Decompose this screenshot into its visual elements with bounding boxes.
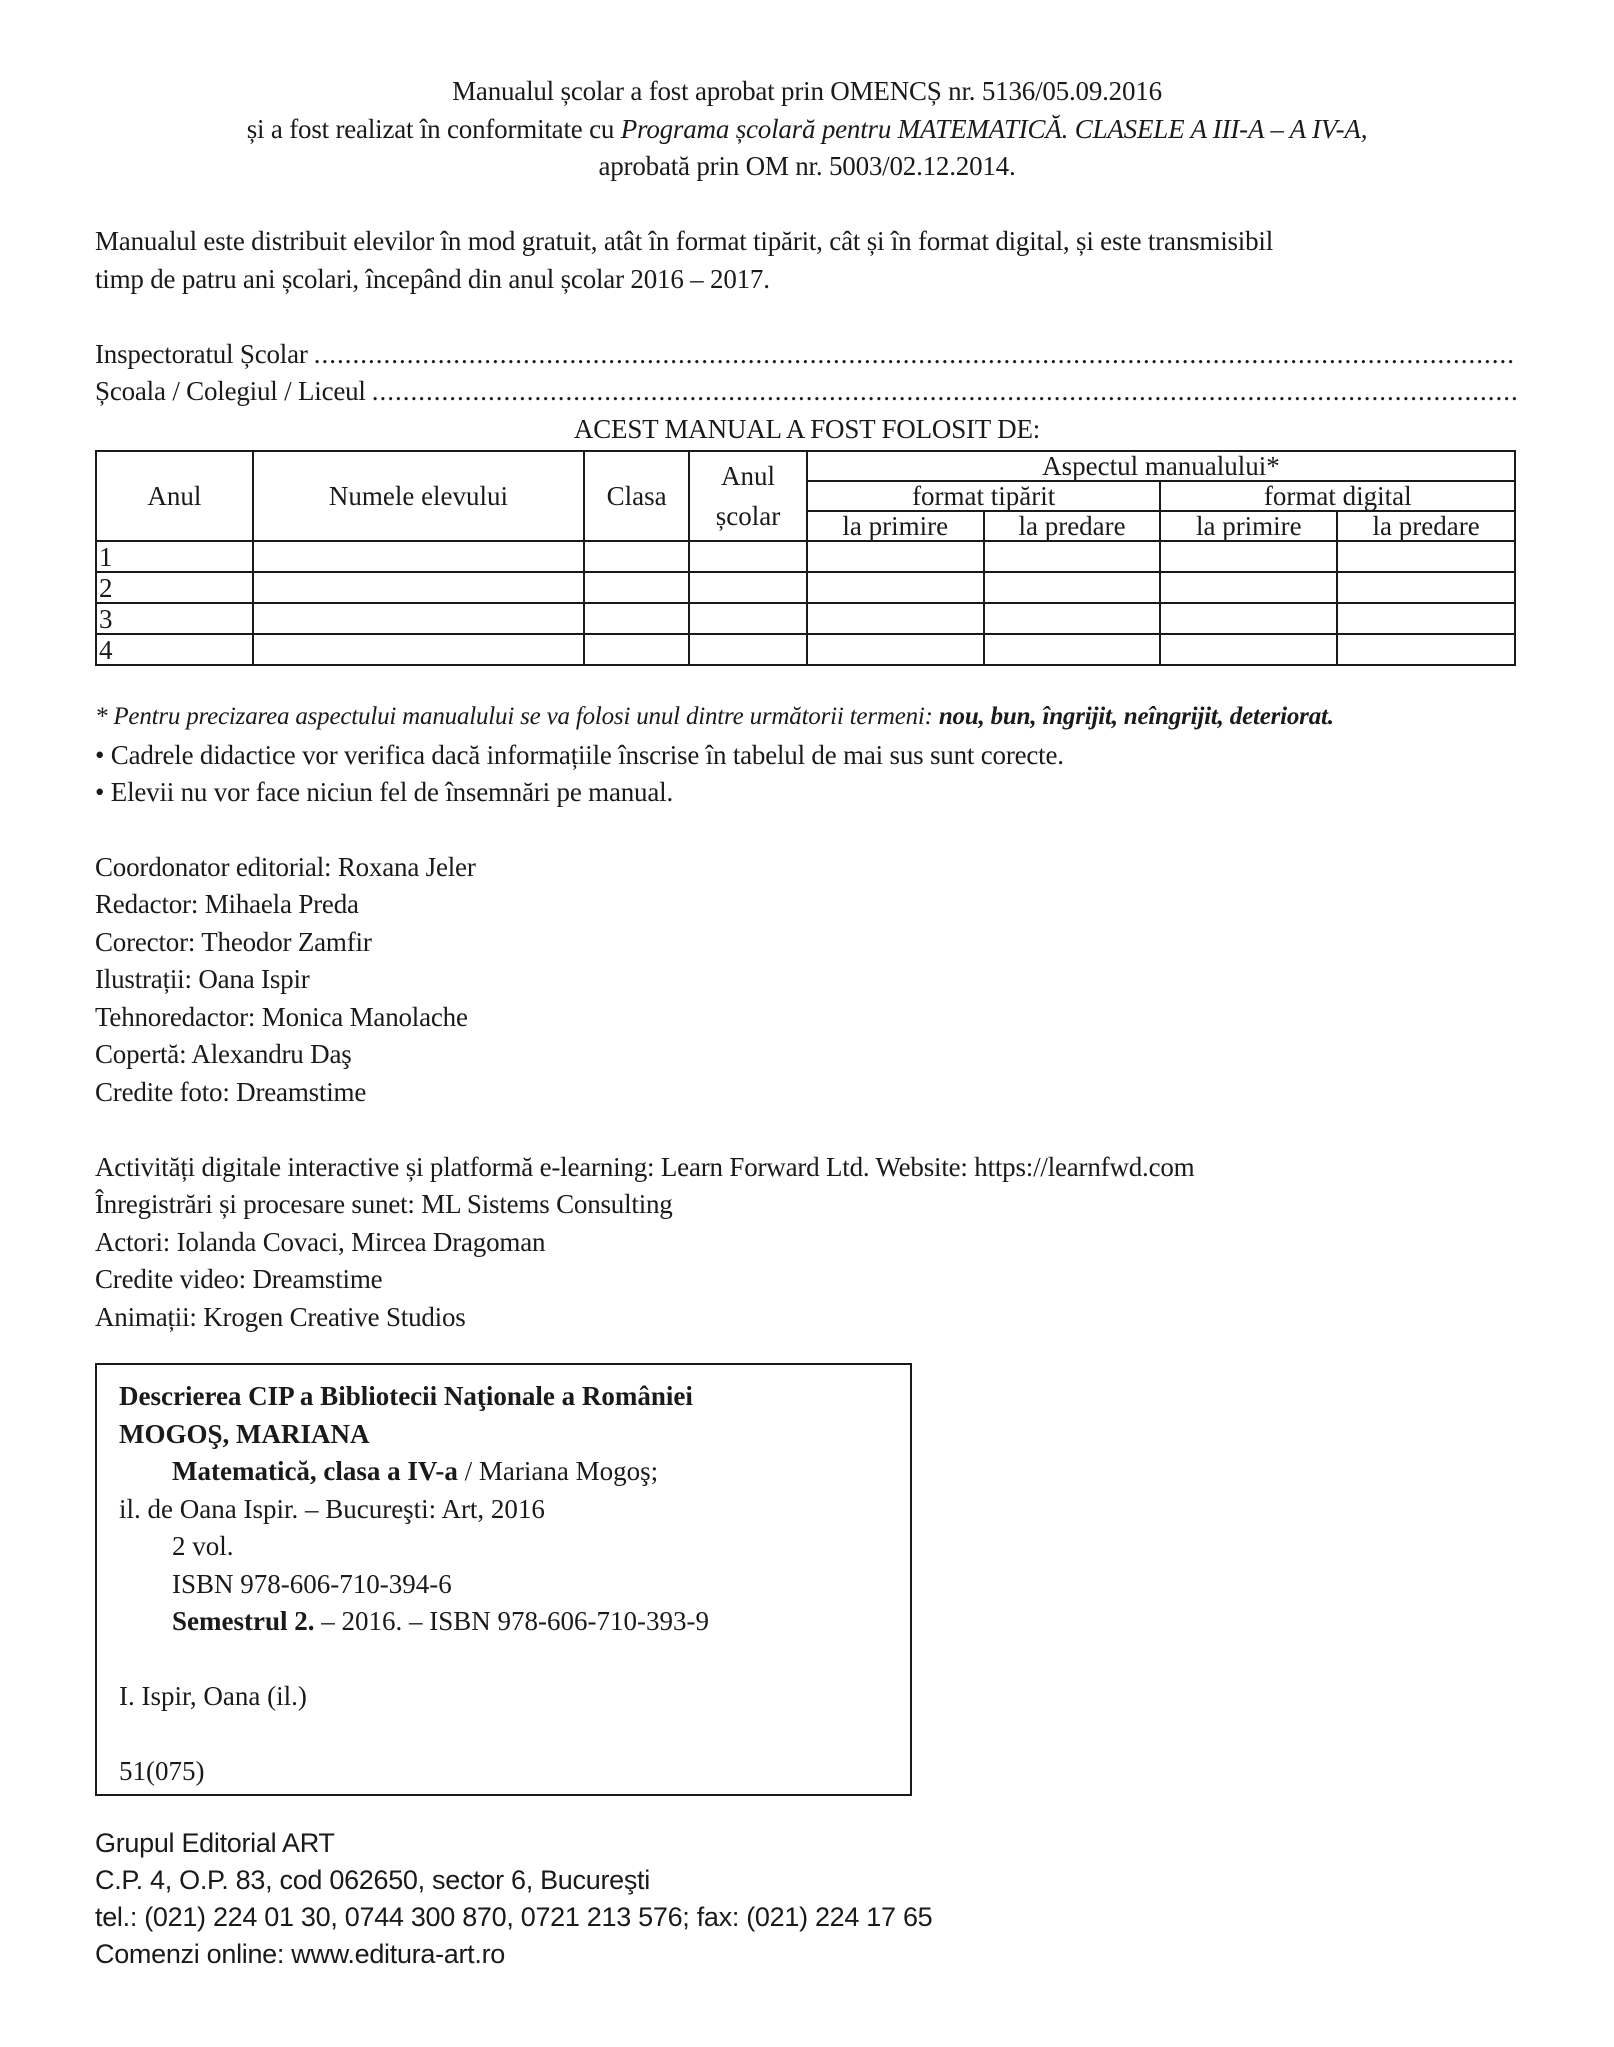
cell-tiparit-predare[interactable] bbox=[984, 634, 1161, 665]
approval-line-3: aprobată prin OM nr. 5003/02.12.2014. bbox=[0, 151, 1614, 182]
cell-digital-predare[interactable] bbox=[1337, 603, 1515, 634]
cell-anul: 4 bbox=[96, 634, 253, 665]
scoala-dots: ........................................… bbox=[372, 376, 1516, 407]
credit-line: Ilustrații: Oana Ispir bbox=[95, 964, 310, 995]
header-anul: Anul bbox=[96, 451, 253, 541]
header-format-tiparit: format tipărit bbox=[807, 481, 1161, 511]
header-digital-la-primire: la primire bbox=[1160, 511, 1337, 541]
inspectorat-dots: ........................................… bbox=[314, 339, 1516, 370]
cell-numele[interactable] bbox=[253, 541, 584, 572]
publisher-address: C.P. 4, O.P. 83, cod 062650, sector 6, B… bbox=[95, 1865, 650, 1896]
cell-digital-predare[interactable] bbox=[1337, 572, 1515, 603]
approval-line-1: Manualul școlar a fost aprobat prin OMEN… bbox=[0, 76, 1614, 107]
cell-anul-scolar[interactable] bbox=[689, 541, 807, 572]
publisher-name: Grupul Editorial ART bbox=[95, 1828, 335, 1859]
note-bullet-2: • Elevii nu vor face niciun fel de însem… bbox=[95, 777, 673, 808]
aspect-footnote: * Pentru precizarea aspectului manualulu… bbox=[95, 703, 1334, 731]
credit-line: Corector: Theodor Zamfir bbox=[95, 927, 372, 958]
cell-numele[interactable] bbox=[253, 634, 584, 665]
header-clasa: Clasa bbox=[584, 451, 689, 541]
cell-anul-scolar[interactable] bbox=[689, 603, 807, 634]
header-tiparit-la-predare: la predare bbox=[984, 511, 1161, 541]
note-bullet-1: • Cadrele didactice vor verifica dacă in… bbox=[95, 740, 1064, 771]
digital-credit-line: Actori: Iolanda Covaci, Mircea Dragoman bbox=[95, 1227, 545, 1258]
table-row: 2 bbox=[96, 572, 1515, 603]
cell-clasa[interactable] bbox=[584, 541, 689, 572]
digital-credit-line: Înregistrări și procesare sunet: ML Sist… bbox=[95, 1189, 673, 1220]
cip-classification: 51(075) bbox=[119, 1756, 204, 1787]
cip-work: Matematică, clasa a IV-a / Mariana Mogoş… bbox=[172, 1456, 658, 1487]
cell-anul-scolar[interactable] bbox=[689, 572, 807, 603]
cip-illustrator: il. de Oana Ispir. – Bucureşti: Art, 201… bbox=[119, 1494, 545, 1525]
cip-semester: Semestrul 2. – 2016. – ISBN 978-606-710-… bbox=[172, 1606, 709, 1637]
cell-clasa[interactable] bbox=[584, 572, 689, 603]
header-numele-elevului: Numele elevului bbox=[253, 451, 584, 541]
curriculum-title: Programa școlară pentru MATEMATICĂ. CLAS… bbox=[621, 114, 1368, 144]
table-row: 3 bbox=[96, 603, 1515, 634]
table-row: 1 bbox=[96, 541, 1515, 572]
cell-digital-predare[interactable] bbox=[1337, 634, 1515, 665]
cell-numele[interactable] bbox=[253, 603, 584, 634]
cell-anul: 3 bbox=[96, 603, 253, 634]
cell-tiparit-primire[interactable] bbox=[807, 572, 984, 603]
digital-credit-line: Animații: Krogen Creative Studios bbox=[95, 1302, 466, 1333]
cell-tiparit-predare[interactable] bbox=[984, 603, 1161, 634]
cip-description-box: Descrierea CIP a Bibliotecii Naţionale a… bbox=[95, 1363, 912, 1796]
footnote-terms: nou, bun, îngrijit, neîngrijit, deterior… bbox=[939, 703, 1334, 730]
inspectorat-label: Inspectoratul Școlar bbox=[95, 339, 308, 370]
cell-digital-primire[interactable] bbox=[1160, 541, 1337, 572]
cell-tiparit-predare[interactable] bbox=[984, 541, 1161, 572]
footnote-text: * Pentru precizarea aspectului manualulu… bbox=[95, 703, 939, 730]
header-format-digital: format digital bbox=[1160, 481, 1515, 511]
cell-digital-primire[interactable] bbox=[1160, 572, 1337, 603]
digital-credit-line: Activități digitale interactive și platf… bbox=[95, 1152, 1194, 1183]
inspectorat-field: Inspectoratul Școlar ...................… bbox=[95, 339, 1516, 370]
cell-clasa[interactable] bbox=[584, 603, 689, 634]
cip-volumes: 2 vol. bbox=[172, 1531, 234, 1562]
cell-tiparit-primire[interactable] bbox=[807, 603, 984, 634]
cip-author: MOGOŞ, MARIANA bbox=[119, 1419, 370, 1450]
scoala-label: Școala / Colegiul / Liceul bbox=[95, 376, 366, 407]
usage-table-title: ACEST MANUAL A FOST FOLOSIT DE: bbox=[0, 414, 1614, 445]
credit-line: Redactor: Mihaela Preda bbox=[95, 889, 359, 920]
approval-line-2: și a fost realizat în conformitate cu Pr… bbox=[0, 114, 1614, 145]
cell-tiparit-primire[interactable] bbox=[807, 541, 984, 572]
header-anul-scolar-line1: Anul bbox=[721, 461, 775, 491]
cell-numele[interactable] bbox=[253, 572, 584, 603]
header-tiparit-la-primire: la primire bbox=[807, 511, 984, 541]
header-digital-la-predare: la predare bbox=[1337, 511, 1515, 541]
cip-work-author: / Mariana Mogoş; bbox=[458, 1456, 658, 1486]
publisher-online-orders[interactable]: Comenzi online: www.editura-art.ro bbox=[95, 1939, 505, 1970]
digital-credit-line: Credite video: Dreamstime bbox=[95, 1264, 382, 1295]
cell-anul: 2 bbox=[96, 572, 253, 603]
cip-isbn: ISBN 978-606-710-394-6 bbox=[172, 1569, 452, 1600]
header-anul-scolar-line2: școlar bbox=[716, 501, 780, 531]
table-row: 4 bbox=[96, 634, 1515, 665]
header-aspectul-manualului: Aspectul manualului* bbox=[807, 451, 1515, 481]
cip-semester-isbn: – 2016. – ISBN 978-606-710-393-9 bbox=[314, 1606, 708, 1636]
cell-digital-primire[interactable] bbox=[1160, 634, 1337, 665]
cell-digital-predare[interactable] bbox=[1337, 541, 1515, 572]
cip-work-title: Matematică, clasa a IV-a bbox=[172, 1456, 458, 1486]
distribution-line-1: Manualul este distribuit elevilor în mod… bbox=[95, 226, 1516, 257]
cell-tiparit-predare[interactable] bbox=[984, 572, 1161, 603]
cell-anul: 1 bbox=[96, 541, 253, 572]
cip-semester-label: Semestrul 2. bbox=[172, 1606, 314, 1636]
cell-digital-primire[interactable] bbox=[1160, 603, 1337, 634]
cip-title: Descrierea CIP a Bibliotecii Naţionale a… bbox=[119, 1381, 693, 1412]
usage-table: Anul Numele elevului Clasa Anul școlar A… bbox=[95, 450, 1516, 666]
header-anul-scolar: Anul școlar bbox=[689, 451, 807, 541]
cell-tiparit-primire[interactable] bbox=[807, 634, 984, 665]
cell-anul-scolar[interactable] bbox=[689, 634, 807, 665]
approval-line-2-prefix: și a fost realizat în conformitate cu bbox=[247, 114, 621, 144]
credit-line: Tehnoredactor: Monica Manolache bbox=[95, 1002, 468, 1033]
credit-line: Copertă: Alexandru Daş bbox=[95, 1039, 352, 1070]
cell-clasa[interactable] bbox=[584, 634, 689, 665]
cip-index-entry: I. Ispir, Oana (il.) bbox=[119, 1681, 307, 1712]
distribution-line-2: timp de patru ani școlari, începând din … bbox=[95, 264, 770, 295]
credit-line: Credite foto: Dreamstime bbox=[95, 1077, 366, 1108]
scoala-field: Școala / Colegiul / Liceul .............… bbox=[95, 376, 1516, 407]
publisher-phones: tel.: (021) 224 01 30, 0744 300 870, 072… bbox=[95, 1902, 932, 1933]
credit-line: Coordonator editorial: Roxana Jeler bbox=[95, 852, 476, 883]
